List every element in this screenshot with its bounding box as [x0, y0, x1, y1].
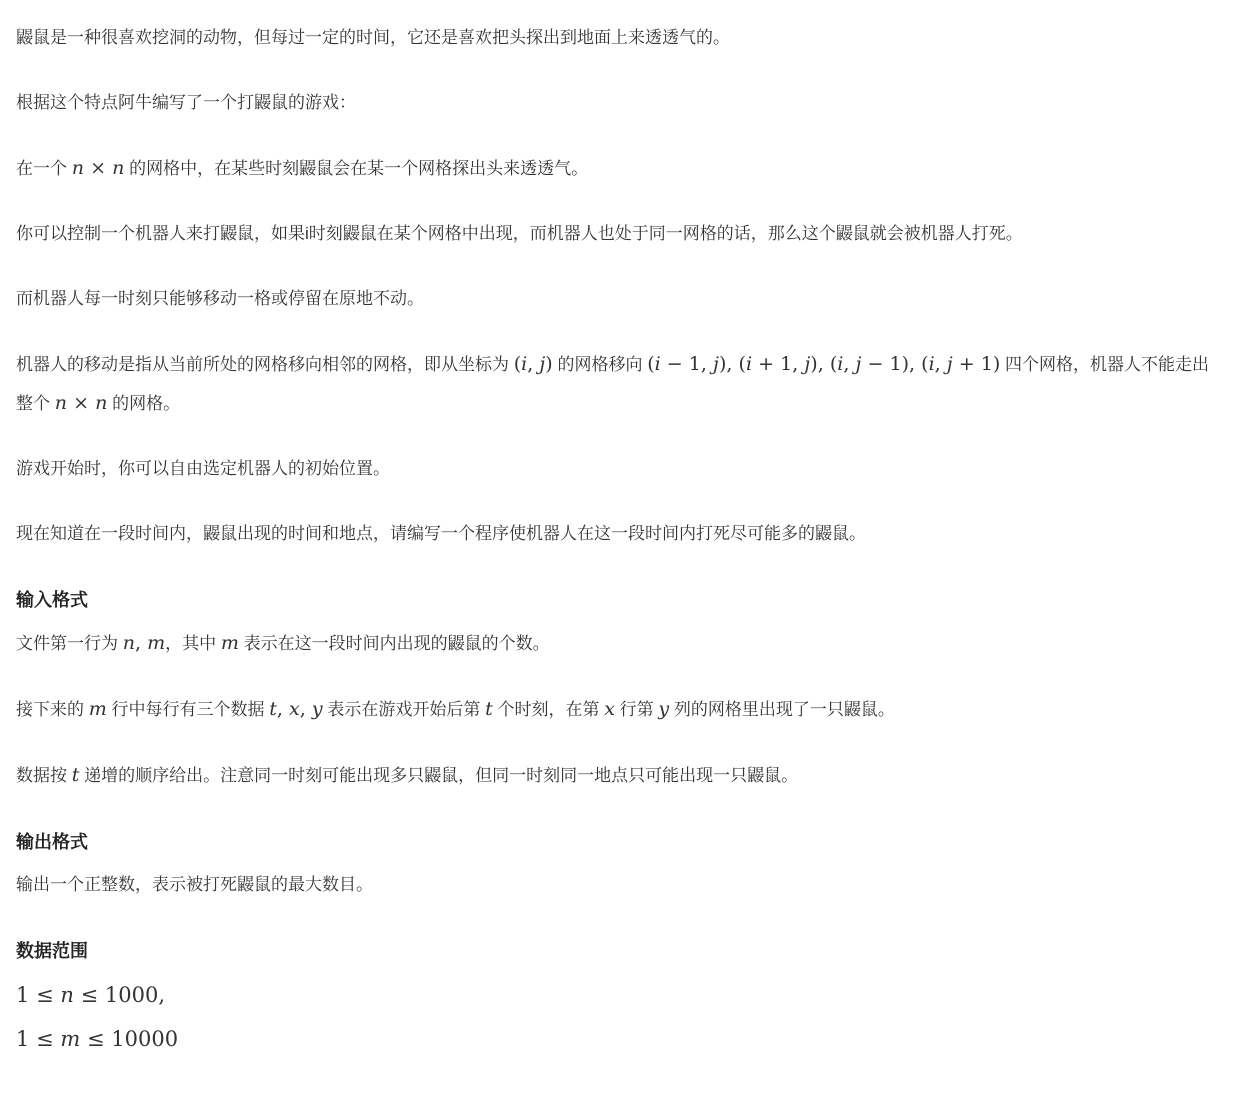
- text-run: 在一个: [16, 159, 72, 178]
- paragraph: 你可以控制一个机器人来打鼹鼠，如果i时刻鼹鼠在某个网格中出现，而机器人也处于同一…: [16, 215, 1220, 253]
- text-run: 递增的顺序给出。注意同一时刻可能出现多只鼹鼠，但同一时刻同一地点只可能出现一只鼹…: [79, 766, 798, 785]
- paragraph: 根据这个特点阿牛编写了一个打鼹鼠的游戏：: [16, 84, 1220, 122]
- text-run: 根据这个特点阿牛编写了一个打鼹鼠的游戏：: [16, 93, 356, 112]
- paragraph: 游戏开始时，你可以自由选定机器人的初始位置。: [16, 450, 1220, 488]
- paragraph: 鼹鼠是一种很喜欢挖洞的动物，但每过一定的时间，它还是喜欢把头探出到地面上来透透气…: [16, 19, 1220, 57]
- section-heading: 数据范围: [16, 937, 1220, 965]
- text-run: 接下来的: [16, 700, 89, 719]
- paragraph: 输出一个正整数，表示被打死鼹鼠的最大数目。: [16, 866, 1220, 904]
- math-run: 1 ≤ m ≤ 10000: [16, 1027, 178, 1051]
- paragraph: 机器人的移动是指从当前所处的网格移向相邻的网格，即从坐标为 (i, j) 的网格…: [16, 345, 1220, 423]
- section-heading: 输出格式: [16, 828, 1220, 856]
- text-run: 的网格移向: [553, 355, 647, 374]
- text-run: 表示在这一段时间内出现的鼹鼠的个数。: [239, 634, 550, 653]
- problem-statement: 鼹鼠是一种很喜欢挖洞的动物，但每过一定的时间，它还是喜欢把头探出到地面上来透透气…: [0, 0, 1236, 1095]
- paragraph: 数据按 t 递增的顺序给出。注意同一时刻可能出现多只鼹鼠，但同一时刻同一地点只可…: [16, 756, 1220, 795]
- math-run: y: [658, 698, 669, 720]
- math-run: m: [221, 632, 239, 654]
- paragraph: 文件第一行为 n, m，其中 m 表示在这一段时间内出现的鼹鼠的个数。: [16, 624, 1220, 663]
- text-run: 文件第一行为: [16, 634, 123, 653]
- text-run: 行中每行有三个数据: [107, 700, 269, 719]
- text-run: 现在知道在一段时间内，鼹鼠出现的时间和地点，请编写一个程序使机器人在这一段时间内…: [16, 524, 866, 543]
- text-run: 数据范围: [16, 941, 88, 961]
- text-run: 你可以控制一个机器人来打鼹鼠，如果i时刻鼹鼠在某个网格中出现，而机器人也处于同一…: [16, 224, 1023, 243]
- paragraph: 接下来的 m 行中每行有三个数据 t, x, y 表示在游戏开始后第 t 个时刻…: [16, 690, 1220, 729]
- text-run: 数据按: [16, 766, 72, 785]
- text-run: 输出格式: [16, 832, 88, 852]
- text-run: 游戏开始时，你可以自由选定机器人的初始位置。: [16, 459, 390, 478]
- text-run: 输入格式: [16, 590, 88, 610]
- text-run: 行第: [615, 700, 658, 719]
- math-line: 1 ≤ n ≤ 1000,: [16, 975, 1220, 1017]
- math-run: n × n: [55, 392, 108, 414]
- paragraph: 现在知道在一段时间内，鼹鼠出现的时间和地点，请编写一个程序使机器人在这一段时间内…: [16, 515, 1220, 553]
- text-run: 鼹鼠是一种很喜欢挖洞的动物，但每过一定的时间，它还是喜欢把头探出到地面上来透透气…: [16, 28, 730, 47]
- text-run: 输出一个正整数，表示被打死鼹鼠的最大数目。: [16, 875, 373, 894]
- math-run: x: [604, 698, 615, 720]
- math-line: 1 ≤ m ≤ 10000: [16, 1019, 1220, 1061]
- math-run: t, x, y: [269, 698, 322, 720]
- paragraph: 而机器人每一时刻只能够移动一格或停留在原地不动。: [16, 280, 1220, 318]
- section-heading: 输入格式: [16, 586, 1220, 614]
- math-run: (i − 1, j), (i + 1, j), (i, j − 1), (i, …: [647, 353, 1000, 375]
- text-run: 而机器人每一时刻只能够移动一格或停留在原地不动。: [16, 289, 424, 308]
- math-run: 1 ≤ n ≤ 1000,: [16, 983, 165, 1007]
- math-run: t: [485, 698, 493, 720]
- math-run: (i, j): [514, 353, 553, 375]
- math-run: m: [89, 698, 107, 720]
- text-run: 列的网格里出现了一只鼹鼠。: [669, 700, 895, 719]
- text-run: ，其中: [165, 634, 221, 653]
- math-run: n, m: [123, 632, 165, 654]
- text-run: 机器人的移动是指从当前所处的网格移向相邻的网格，即从坐标为: [16, 355, 514, 374]
- math-run: n × n: [72, 157, 125, 179]
- text-run: 的网格。: [107, 394, 180, 413]
- paragraph: 在一个 n × n 的网格中，在某些时刻鼹鼠会在某一个网格探出头来透透气。: [16, 149, 1220, 188]
- text-run: 表示在游戏开始后第: [323, 700, 485, 719]
- text-run: 的网格中，在某些时刻鼹鼠会在某一个网格探出头来透透气。: [124, 159, 588, 178]
- text-run: 个时刻，在第: [493, 700, 604, 719]
